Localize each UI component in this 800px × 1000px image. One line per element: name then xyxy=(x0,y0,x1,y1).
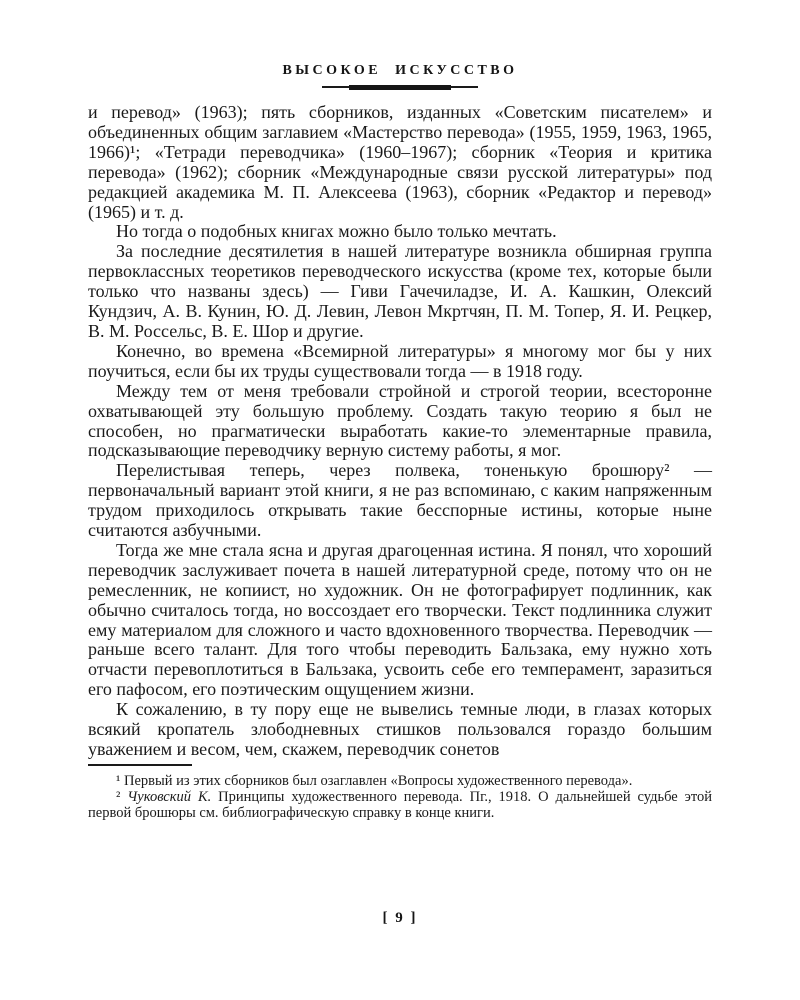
running-head: ВЫСОКОЕ ИСКУССТВО xyxy=(88,64,712,78)
paragraph: Между тем от меня требовали стройной и с… xyxy=(88,382,712,462)
header-rule-right-wing xyxy=(451,86,478,88)
body-text: и перевод» (1963); пять сборников, издан… xyxy=(88,103,712,760)
footnote-block: ¹ Первый из этих сборников был озаглавле… xyxy=(88,764,712,822)
paragraph: К сожалению, в ту пору еще не вывелись т… xyxy=(88,700,712,760)
footnote-separator-rule xyxy=(88,764,192,766)
header-rule-center-bar xyxy=(349,85,451,90)
footnote-1: ¹ Первый из этих сборников был озаглавле… xyxy=(88,774,712,790)
header-rule-left-wing xyxy=(322,86,349,88)
footnote-1-marker: ¹ xyxy=(116,773,120,789)
paragraph: Но тогда о подобных книгах можно было то… xyxy=(88,222,712,242)
text-block: ВЫСОКОЕ ИСКУССТВО и перевод» (1963); пят… xyxy=(88,0,712,822)
footnote-2-marker: ² xyxy=(116,789,120,805)
paragraph: Конечно, во времена «Всемирной литератур… xyxy=(88,342,712,382)
paragraph: и перевод» (1963); пять сборников, издан… xyxy=(88,103,712,222)
header-rule xyxy=(88,84,712,90)
footnote-1-text: Первый из этих сборников был озаглавлен … xyxy=(124,773,632,789)
footnote-2-author: Чуковский К. xyxy=(127,789,211,805)
paragraph: Тогда же мне стала ясна и другая драгоце… xyxy=(88,541,712,700)
page-number: [ 9 ] xyxy=(0,910,800,927)
book-page: ВЫСОКОЕ ИСКУССТВО и перевод» (1963); пят… xyxy=(0,0,800,1000)
paragraph: За последние десятилетия в нашей литерат… xyxy=(88,242,712,342)
footnote-2: ² Чуковский К. Принципы художественного … xyxy=(88,790,712,822)
paragraph: Перелистывая теперь, через полвека, тоне… xyxy=(88,461,712,541)
